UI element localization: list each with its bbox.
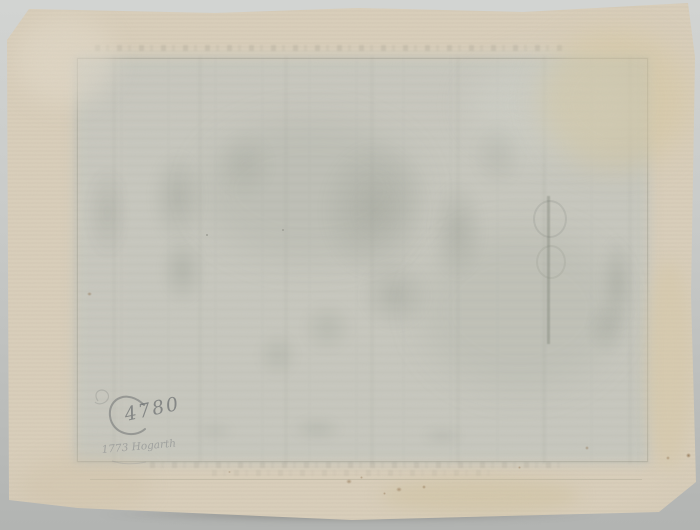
- discoloration-stain: [646, 260, 692, 470]
- figure-showthrough-smudge: [290, 415, 345, 443]
- pencil-doodle-swirl: [95, 390, 109, 404]
- foxing-spot: [346, 479, 352, 484]
- figure-showthrough-smudge: [470, 120, 525, 190]
- figure-showthrough-smudge: [160, 235, 205, 305]
- discoloration-stain: [15, 15, 115, 105]
- pencil-inscription-group: 4780 1773 Hogarth: [82, 383, 242, 478]
- foxing-spot: [206, 234, 208, 236]
- pencil-underline-squiggle: [112, 461, 146, 464]
- discoloration-stain: [540, 30, 690, 170]
- figure-showthrough-smudge: [360, 260, 430, 330]
- paper-sheet-verso: 4780 1773 Hogarth: [0, 0, 700, 530]
- figure-showthrough-smudge: [320, 140, 430, 280]
- figure-showthrough-smudge: [150, 150, 205, 245]
- foxing-spot: [422, 485, 426, 489]
- photograph-of-print-verso: 4780 1773 Hogarth: [0, 0, 700, 530]
- figure-showthrough-smudge: [420, 425, 465, 447]
- foxing-spot: [87, 292, 92, 296]
- foxing-spot: [383, 492, 386, 495]
- figure-showthrough-smudge: [255, 330, 300, 380]
- foxing-spot: [666, 456, 670, 460]
- figure-showthrough-smudge: [215, 130, 275, 200]
- figure-showthrough-smudge: [85, 165, 130, 260]
- title-text-showthrough: [95, 45, 565, 51]
- foxing-spot: [282, 229, 284, 231]
- figure-showthrough-smudge: [300, 300, 355, 355]
- figure-showthrough-smudge: [430, 180, 485, 280]
- foxing-spot: [360, 476, 363, 479]
- caption-text-showthrough: [212, 470, 492, 476]
- spiral-showthrough: [533, 200, 567, 238]
- spiral-showthrough: [536, 245, 566, 279]
- foxing-spot: [585, 446, 589, 450]
- pencil-attribution-line: 1773 Hogarth: [101, 438, 176, 456]
- foxing-spot: [518, 466, 521, 469]
- foxing-spot: [686, 453, 691, 458]
- figure-showthrough-smudge: [585, 300, 630, 355]
- foxing-spot: [396, 487, 402, 492]
- discoloration-stain: [380, 478, 580, 514]
- plate-mark-outer-line: [90, 479, 642, 480]
